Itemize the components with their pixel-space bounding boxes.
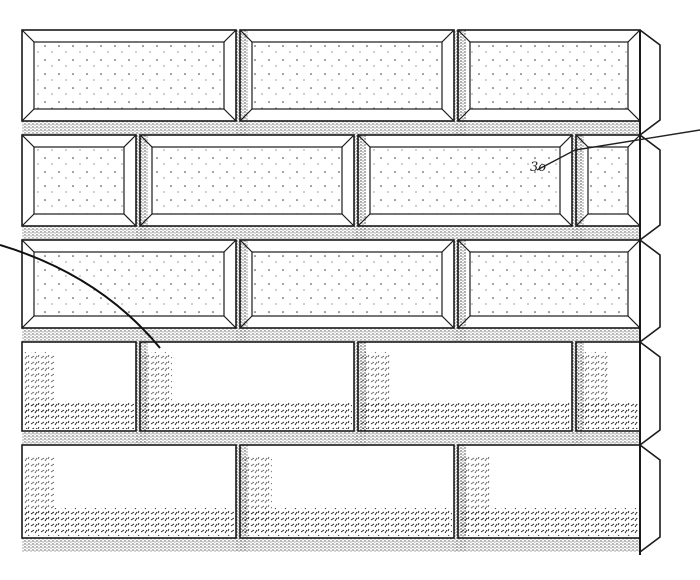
brick (22, 135, 148, 240)
side-profile (640, 30, 660, 555)
brick (240, 445, 466, 552)
brick-wall-drawing (0, 0, 700, 580)
brick (22, 30, 248, 135)
brick (576, 342, 640, 431)
brick (140, 135, 366, 240)
brick (240, 240, 466, 342)
brick (22, 445, 248, 552)
handwritten-mark: 3o (530, 160, 546, 175)
brick (22, 240, 248, 342)
brick (358, 342, 584, 445)
brick (358, 135, 584, 240)
brick-rows (22, 30, 640, 552)
brick (458, 240, 640, 328)
brick (458, 30, 640, 121)
brick (240, 30, 466, 135)
brick (458, 445, 640, 538)
brick (22, 342, 148, 445)
brick (140, 342, 366, 445)
